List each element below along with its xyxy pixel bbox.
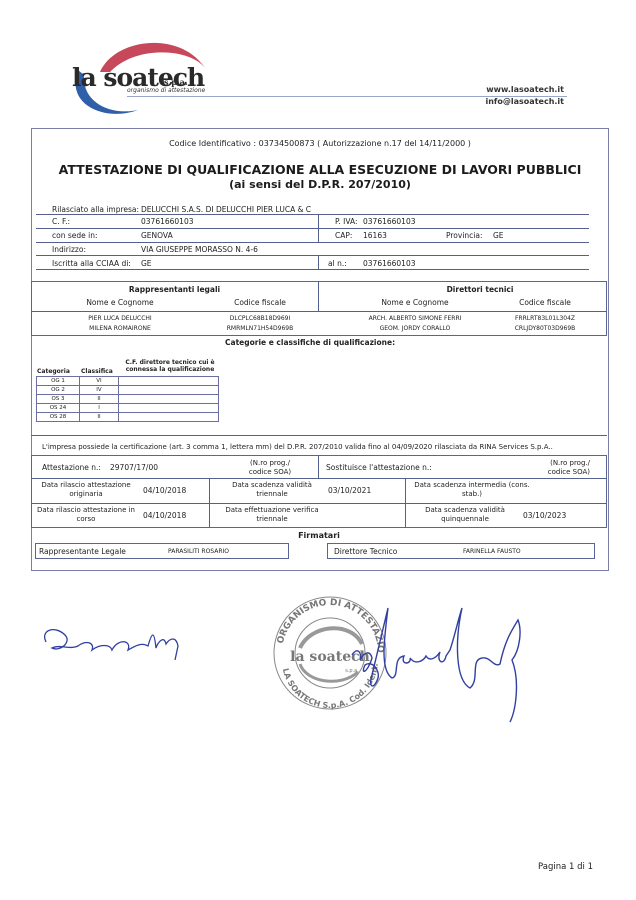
provincia-value: GE [493,231,504,240]
cciaa-label: Iscritta alla CCIAA di: [52,259,131,268]
indirizzo-label: Indirizzo: [52,245,86,254]
classifica-cell: II [80,395,119,404]
row-divider [36,242,589,243]
stamp-center-sub: s.p.a. [345,668,359,674]
direttore-cf: FRRLRT83L01L304Z [495,315,595,322]
table-row: OS 28II [37,413,219,422]
direttore-name: ARCH. ALBERTO SIMONE FERRI [345,315,485,322]
table-row: OG 1VI [37,377,219,386]
rilascio-originaria-label: Data rilascio attestazione originaria [36,481,136,499]
codice-identificativo: Codice Identificativo : 03734500873 ( Au… [31,139,609,148]
cciaa-value: GE [141,259,152,268]
firmatario-rappresentante-label: Rappresentante Legale [39,547,126,556]
row-divider [31,478,607,479]
scadenza-intermedia-label: Data scadenza intermedia (cons. stab.) [412,481,532,499]
piva-label: P. IVA: [335,217,358,226]
contact-block: www.lasoatech.it info@lasoatech.it [485,84,564,108]
document-subtitle: (ai sensi del D.P.R. 207/2010) [31,178,609,191]
row-divider [36,228,589,229]
rilascio-corso-value: 04/10/2018 [143,511,186,520]
categoria-cell: OS 28 [37,413,80,422]
scadenza-quinquennale-value: 03/10/2023 [523,511,566,520]
cf-cell [119,386,219,395]
sede-label: con sede in: [52,231,98,240]
cap-label: CAP: [335,231,352,240]
attestazione-n-value: 29707/17/00 [110,463,158,472]
classifica-cell: II [80,413,119,422]
attestazione-n-label: Attestazione n.: [42,463,101,472]
nro-prog-note-2: (N.ro prog./ codice SOA) [530,459,590,477]
nro-prog-note: (N.ro prog./ codice SOA) [240,459,300,477]
scadenza-triennale-label: Data scadenza validità triennale [222,481,322,499]
logo-tagline: organismo di attestazione [127,87,205,94]
rilasciato-value: DELUCCHI S.A.S. DI DELUCCHI PIER LUCA & … [141,205,311,214]
classifica-cell: IV [80,386,119,395]
rappresentanti-title: Rappresentanti legali [31,285,318,294]
certificazione-text: L'impresa possiede la certificazione (ar… [42,443,553,451]
classifica-cell: I [80,404,119,413]
categorie-col-cf-dir: C.F. direttore tecnico cui è connessa la… [120,359,220,373]
rappresentanti-col-cf: Codice fiscale [210,298,310,307]
categoria-cell: OS 3 [37,395,80,404]
table-row: OS 24I [37,404,219,413]
website-link[interactable]: www.lasoatech.it [485,84,564,96]
scadenza-triennale-value: 03/10/2021 [328,486,371,495]
col-divider [318,455,319,478]
categorie-col-classifica: Classifica [81,368,113,375]
verifica-triennale-label: Data effettuazione verifica triennale [222,506,322,524]
categorie-title: Categorie e classifiche di qualificazion… [225,338,395,347]
table-row: OG 2IV [37,386,219,395]
scadenza-quinquennale-label: Data scadenza validità quinquennale [415,506,515,524]
direttori-title: Direttori tecnici [400,285,560,294]
indirizzo-value: VIA GIUSEPPE MORASSO N. 4-6 [141,245,258,254]
cf-cell [119,404,219,413]
cf-cell [119,395,219,404]
categoria-cell: OG 1 [37,377,80,386]
cf-value: 03761660103 [141,217,194,226]
row-divider [36,269,589,270]
direttore-cf: CRLJDY80T03D969B [495,325,595,332]
categoria-cell: OS 24 [37,404,80,413]
col-divider [318,255,319,269]
rappresentanti-col-name: Nome e Cognome [60,298,180,307]
firmatari-title: Firmatari [31,531,607,540]
firmatario-rappresentante-value: PARASILITI ROSARIO [168,548,229,555]
firmatario-direttore-value: FARINELLA FAUSTO [463,548,521,555]
direttore-name: GEOM. JORDY CORALLO [345,325,485,332]
aln-value: 03761660103 [363,259,416,268]
classifica-cell: VI [80,377,119,386]
signatures-and-stamp: la soatech s.p.a. ORGANISMO DI ATTESTAZI… [0,580,636,740]
svg-text:ORGANISMO DI ATTESTAZIONE: ORGANISMO DI ATTESTAZIONE [0,580,385,654]
piva-value: 03761660103 [363,217,416,226]
categorie-table: OG 1VI OG 2IV OS 3II OS 24I OS 28II [36,376,219,422]
sostituisce-label: Sostituisce l'attestazione n.: [326,463,432,472]
col-divider [318,281,319,311]
categorie-col-categoria: Categoria [37,368,70,375]
rappresentante-name: MILENA ROMAIRONE [60,325,180,332]
sede-value: GENOVA [141,231,173,240]
direttori-col-name: Nome e Cognome [355,298,475,307]
table-row: OS 3II [37,395,219,404]
stamp-outer-text: ORGANISMO DI ATTESTAZIONE [0,580,385,654]
rilasciato-label: Rilasciato alla impresa: [52,205,139,214]
rilascio-originaria-value: 04/10/2018 [143,486,186,495]
col-divider [318,214,319,228]
signature-left-icon [45,630,178,660]
cf-cell [119,413,219,422]
svg-text:LA SOATECH S.p.A. Cod. Ident.: LA SOATECH S.p.A. Cod. Ident. [281,663,380,710]
row-divider [36,214,589,215]
firmatario-direttore-label: Direttore Tecnico [334,547,397,556]
rappresentante-cf: RMRMLN71H54D969B [210,325,310,332]
col-divider [405,478,406,528]
cap-value: 16163 [363,231,387,240]
aln-label: al n.: [328,259,347,268]
cf-label: C. F.: [52,217,70,226]
row-divider [36,255,589,256]
document-title: ATTESTAZIONE DI QUALIFICAZIONE ALLA ESEC… [31,162,609,177]
page-number: Pagina 1 di 1 [538,862,593,872]
section-divider [31,435,607,436]
stamp-bottom-text: LA SOATECH S.p.A. Cod. Ident. [281,663,380,710]
email-link[interactable]: info@lasoatech.it [485,96,564,108]
col-divider [209,478,210,528]
rappresentante-cf: DLCPLC68B18D969I [210,315,310,322]
provincia-label: Provincia: [446,231,483,240]
rilascio-corso-label: Data rilascio attestazione in corso [36,506,136,524]
categoria-cell: OG 2 [37,386,80,395]
rappresentante-name: PIER LUCA DELUCCHI [60,315,180,322]
col-divider [318,228,319,242]
cf-cell [119,377,219,386]
direttori-col-cf: Codice fiscale [495,298,595,307]
row-divider [31,311,607,312]
row-divider [31,503,607,504]
logo-suffix: s.p.a. [164,77,188,87]
